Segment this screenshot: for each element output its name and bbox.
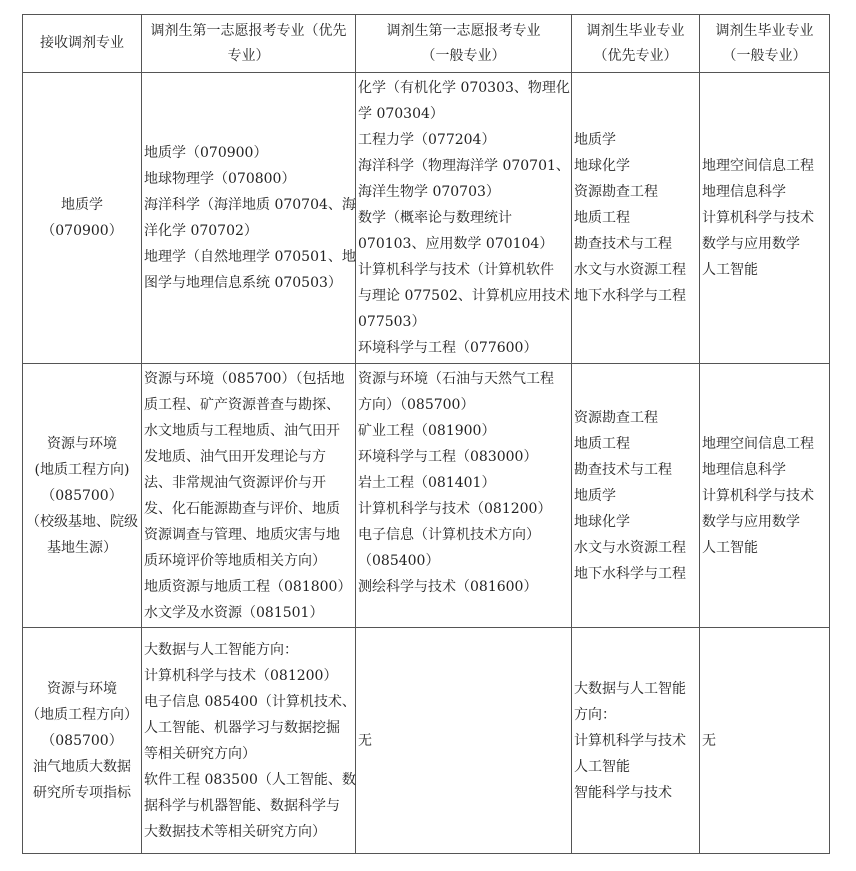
cell-first-choice-general: 化学（有机化学 070303、物理化 学 070304） 工程力学（077204… [356, 73, 572, 364]
cell-receiving-major: 资源与环境 （地质工程方向） （085700） 油气地质大数据 研究所专项指标 [23, 628, 142, 854]
header-graduate-general: 调剂生毕业专业 （一般专业） [700, 15, 830, 73]
header-line: （一般专业） [702, 44, 827, 69]
cell-line: 大数据与人工智能方向： [144, 637, 353, 663]
cell-graduate-general: 地理空间信息工程 地理信息科学 计算机科学与技术 数学与应用数学 人工智能 [700, 364, 830, 628]
cell-line: 计算机科学与技术 [702, 205, 827, 231]
cell-line: 人工智能、机器学习与数据挖掘 [144, 715, 353, 741]
cell-line: 无 [358, 728, 569, 754]
cell-line: 计算机科学与技术（081200） [144, 663, 353, 689]
cell-first-choice-priority: 资源与环境（085700）（包括地 质工程、矿产资源普查与勘探、 水文地质与工程… [142, 364, 356, 628]
cell-line: 地理信息科学 [702, 457, 827, 483]
cell-line: 方向）（085700） [358, 392, 569, 418]
header-first-choice-priority: 调剂生第一志愿报考专业（优先 专业） [142, 15, 356, 73]
header-line: 调剂生毕业专业 [702, 19, 827, 44]
cell-line: 勘查技术与工程 [574, 231, 697, 257]
cell-line: 地理空间信息工程 [702, 431, 827, 457]
cell-line: 地质工程 [574, 205, 697, 231]
cell-line: 资源与环境（085700）（包括地 [144, 366, 353, 392]
header-line: 调剂生第一志愿报考专业（优先 [144, 19, 353, 44]
cell-line: 勘查技术与工程 [574, 457, 697, 483]
table-row: 资源与环境 （地质工程方向） （085700） 油气地质大数据 研究所专项指标 … [23, 628, 830, 854]
cell-line: （085700） [25, 728, 139, 754]
cell-line: 地球化学 [574, 509, 697, 535]
cell-line: 质工程、矿产资源普查与勘探、 [144, 392, 353, 418]
header-line: （一般专业） [358, 44, 569, 69]
cell-line: 矿业工程（081900） [358, 418, 569, 444]
cell-line: 资源勘查工程 [574, 179, 697, 205]
cell-line: 水文与水资源工程 [574, 535, 697, 561]
cell-graduate-general: 无 [700, 628, 830, 854]
cell-line: 电子信息（计算机技术方向） [358, 522, 569, 548]
cell-line: 基地生源） [25, 535, 139, 561]
header-graduate-priority: 调剂生毕业专业 （优先专业） [572, 15, 700, 73]
header-receiving-major: 接收调剂专业 [23, 15, 142, 73]
cell-line: 地质学 [574, 127, 697, 153]
header-line: （优先专业） [574, 44, 697, 69]
cell-line: 数学与应用数学 [702, 231, 827, 257]
cell-first-choice-priority: 大数据与人工智能方向： 计算机科学与技术（081200） 电子信息 085400… [142, 628, 356, 854]
cell-line: 地质资源与地质工程（081800） [144, 574, 353, 600]
cell-line: （085400） [358, 548, 569, 574]
cell-line: 学 070304） [358, 101, 569, 127]
cell-line: 图学与地理信息系统 070503） [144, 270, 353, 296]
cell-line: (地质工程方向) [25, 457, 139, 483]
cell-graduate-priority: 资源勘查工程 地质工程 勘查技术与工程 地质学 地球化学 水文与水资源工程 地下… [572, 364, 700, 628]
cell-line: 等相关研究方向） [144, 741, 353, 767]
cell-line: 人工智能 [574, 754, 697, 780]
cell-line: 计算机科学与技术（081200） [358, 496, 569, 522]
cell-line: 发、化石能源勘查与评价、地质 [144, 496, 353, 522]
cell-line: 数学（概率论与数理统计 [358, 205, 569, 231]
cell-line: 海洋生物学 070703） [358, 179, 569, 205]
cell-line: 环境科学与工程（083000） [358, 444, 569, 470]
cell-line: 发地质、油气田开发理论与方 [144, 444, 353, 470]
cell-line: 数学与应用数学 [702, 509, 827, 535]
header-line: 专业） [144, 44, 353, 69]
cell-line: （085700） [25, 483, 139, 509]
cell-line: （地质工程方向） [25, 702, 139, 728]
cell-line: 大数据技术等相关研究方向） [144, 819, 353, 845]
cell-line: 人工智能 [702, 257, 827, 283]
header-line: 调剂生第一志愿报考专业 [358, 19, 569, 44]
cell-line: 计算机科学与技术 [702, 483, 827, 509]
cell-line: 与理论 077502、计算机应用技术 [358, 283, 569, 309]
header-line: 调剂生毕业专业 [574, 19, 697, 44]
cell-line: 资源与环境 [25, 431, 139, 457]
cell-line: 计算机科学与技术 [574, 728, 697, 754]
cell-line: 资源与环境（石油与天然气工程 [358, 366, 569, 392]
cell-line: 资源勘查工程 [574, 405, 697, 431]
cell-line: 据科学与机器智能、数据科学与 [144, 793, 353, 819]
cell-line: 测绘科学与技术（081600） [358, 574, 569, 600]
cell-line: 资源与环境 [25, 676, 139, 702]
cell-receiving-major: 资源与环境 (地质工程方向) （085700） （校级基地、院级 基地生源） [23, 364, 142, 628]
cell-line: 工程力学（077204） [358, 127, 569, 153]
header-row: 接收调剂专业 调剂生第一志愿报考专业（优先 专业） 调剂生第一志愿报考专业 （一… [23, 15, 830, 73]
cell-line: （070900） [25, 218, 139, 244]
cell-line: 地下水科学与工程 [574, 561, 697, 587]
cell-line: 人工智能 [702, 535, 827, 561]
cell-line: 洋化学 070702） [144, 218, 353, 244]
cell-line: 质环境评价等地质相关方向） [144, 548, 353, 574]
cell-line: 大数据与人工智能 [574, 676, 697, 702]
cell-line: 化学（有机化学 070303、物理化 [358, 75, 569, 101]
cell-line: 地球化学 [574, 153, 697, 179]
cell-line: 无 [702, 728, 827, 754]
cell-line: 077503） [358, 309, 569, 335]
cell-line: 水文地质与工程地质、油气田开 [144, 418, 353, 444]
cell-line: 海洋科学（海洋地质 070704、海 [144, 192, 353, 218]
cell-line: 资源调查与管理、地质灾害与地 [144, 522, 353, 548]
cell-line: 海洋科学（物理海洋学 070701、 [358, 153, 569, 179]
cell-first-choice-general: 资源与环境（石油与天然气工程 方向）（085700） 矿业工程（081900） … [356, 364, 572, 628]
cell-first-choice-priority: 地质学（070900） 地球物理学（070800） 海洋科学（海洋地质 0707… [142, 73, 356, 364]
cell-line: 方向： [574, 702, 697, 728]
cell-line: 地理学（自然地理学 070501、地 [144, 244, 353, 270]
cell-line: 研究所专项指标 [25, 780, 139, 806]
cell-line: 水文学及水资源（081501） [144, 600, 353, 626]
cell-line: 水文与水资源工程 [574, 257, 697, 283]
cell-graduate-priority: 地质学 地球化学 资源勘查工程 地质工程 勘查技术与工程 水文与水资源工程 地下… [572, 73, 700, 364]
table-row: 资源与环境 (地质工程方向) （085700） （校级基地、院级 基地生源） 资… [23, 364, 830, 628]
cell-first-choice-general: 无 [356, 628, 572, 854]
header-first-choice-general: 调剂生第一志愿报考专业 （一般专业） [356, 15, 572, 73]
cell-line: 地球物理学（070800） [144, 166, 353, 192]
cell-line: 070103、应用数学 070104） [358, 231, 569, 257]
table-row: 地质学 （070900） 地质学（070900） 地球物理学（070800） 海… [23, 73, 830, 364]
cell-line: 地理信息科学 [702, 179, 827, 205]
cell-line: 智能科学与技术 [574, 780, 697, 806]
cell-line: 岩土工程（081401） [358, 470, 569, 496]
cell-receiving-major: 地质学 （070900） [23, 73, 142, 364]
cell-line: 软件工程 083500（人工智能、数 [144, 767, 353, 793]
cell-graduate-general: 地理空间信息工程 地理信息科学 计算机科学与技术 数学与应用数学 人工智能 [700, 73, 830, 364]
cell-line: 计算机科学与技术（计算机软件 [358, 257, 569, 283]
cell-line: 地质学 [25, 192, 139, 218]
transfer-majors-table: 接收调剂专业 调剂生第一志愿报考专业（优先 专业） 调剂生第一志愿报考专业 （一… [22, 14, 830, 854]
cell-line: 地理空间信息工程 [702, 153, 827, 179]
cell-line: 地质学（070900） [144, 140, 353, 166]
cell-line: 法、非常规油气资源评价与开 [144, 470, 353, 496]
cell-line: 地质工程 [574, 431, 697, 457]
cell-line: 电子信息 085400（计算机技术、 [144, 689, 353, 715]
header-line: 接收调剂专业 [25, 31, 139, 56]
cell-line: 地质学 [574, 483, 697, 509]
cell-line: （校级基地、院级 [25, 509, 139, 535]
cell-line: 油气地质大数据 [25, 754, 139, 780]
cell-line: 地下水科学与工程 [574, 283, 697, 309]
cell-line: 环境科学与工程（077600） [358, 335, 569, 361]
cell-graduate-priority: 大数据与人工智能 方向： 计算机科学与技术 人工智能 智能科学与技术 [572, 628, 700, 854]
